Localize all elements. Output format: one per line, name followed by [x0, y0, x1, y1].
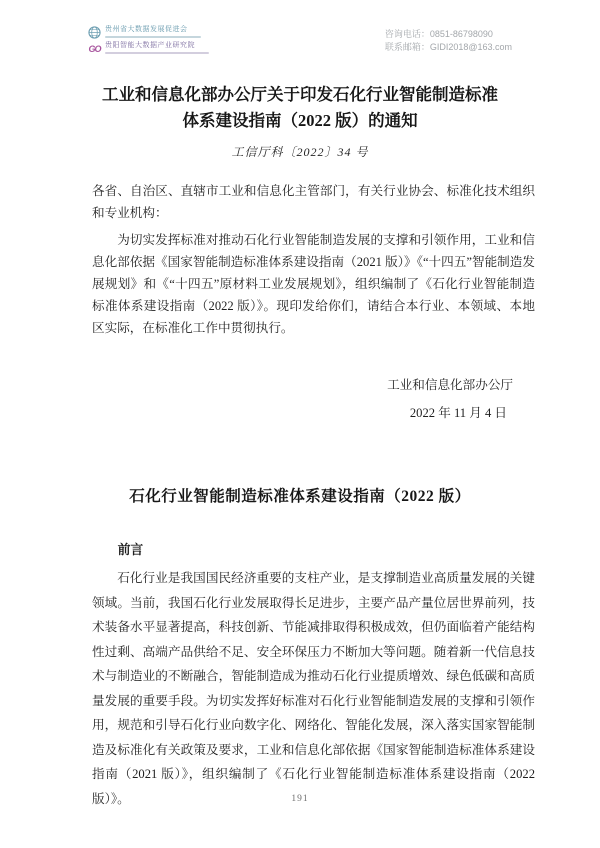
notice-date: 2022 年 11 月 4 日: [92, 399, 513, 427]
globe-logo-icon: [88, 26, 101, 39]
notice-title-line-1: 工业和信息化部办公厅关于印发石化行业智能制造标准: [0, 82, 600, 108]
notice-body: 各省、自治区、直辖市工业和信息化主管部门，有关行业协会、标准化技术组织和专业机构…: [92, 180, 535, 339]
notice-title-line-2: 体系建设指南（2022 版）的通知: [0, 108, 600, 134]
notice-signer: 工业和信息化部办公厅: [92, 371, 513, 399]
contact-info: 咨询电话：0851-86798090 联系邮箱：GIDI2018@163.com: [385, 26, 512, 54]
page-number: 191: [0, 794, 600, 804]
logo-association-name: 贵州省大数据发展促进会: [105, 26, 201, 34]
signature-block: 工业和信息化部办公厅 2022 年 11 月 4 日: [92, 371, 535, 427]
notice-title: 工业和信息化部办公厅关于印发石化行业智能制造标准 体系建设指南（2022 版）的…: [0, 82, 600, 134]
guide-title: 石化行业智能制造标准体系建设指南（2022 版）: [0, 484, 600, 506]
guide-preface-paragraph: 石化行业是我国国民经济重要的支柱产业，是支撑制造业高质量发展的关键领域。当前，我…: [92, 566, 535, 811]
guide-body: 前言 石化行业是我国国民经济重要的支柱产业，是支撑制造业高质量发展的关键领域。当…: [92, 542, 535, 811]
notice-addressee: 各省、自治区、直辖市工业和信息化主管部门，有关行业协会、标准化技术组织和专业机构…: [92, 180, 535, 224]
header-logos: 贵州省大数据发展促进会 GO 贵阳智能大数据产业研究院: [88, 26, 209, 55]
contact-email: 联系邮箱：GIDI2018@163.com: [385, 41, 512, 54]
doc-number: 工信厅科〔2022〕34 号: [0, 143, 600, 160]
document-page: 贵州省大数据发展促进会 GO 贵阳智能大数据产业研究院 咨询电话：0851-86…: [0, 0, 600, 848]
logo-institute: GO 贵阳智能大数据产业研究院: [88, 42, 209, 55]
page-header: 贵州省大数据发展促进会 GO 贵阳智能大数据产业研究院 咨询电话：0851-86…: [0, 0, 600, 55]
institute-logo-icon: GO: [88, 42, 101, 55]
notice-body-paragraph: 为切实发挥标准对推动石化行业智能制造发展的支撑和引领作用，工业和信息化部依据《国…: [92, 229, 535, 339]
contact-phone: 咨询电话：0851-86798090: [385, 28, 512, 41]
section-heading-preface: 前言: [92, 542, 535, 558]
logo-association: 贵州省大数据发展促进会: [88, 26, 209, 39]
logo-institute-subtitle-line: [105, 52, 209, 54]
logo-association-subtitle-line: [105, 36, 201, 38]
logo-institute-name: 贵阳智能大数据产业研究院: [105, 42, 209, 50]
